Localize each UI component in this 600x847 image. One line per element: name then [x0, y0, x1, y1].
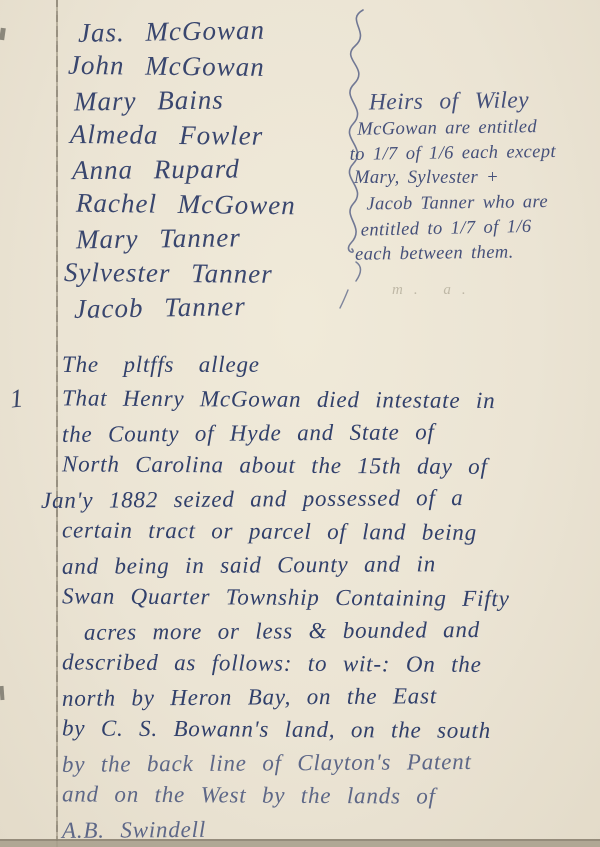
body-text: The pltffs allege That Henry McGowan die… [62, 348, 594, 845]
body-line: Swan Quarter Township Containing Fifty [62, 579, 594, 615]
body-heading: The pltffs allege [62, 348, 594, 381]
body-line: That Henry McGowan died intestate in [62, 381, 594, 417]
note-line: Heirs of Wiley [355, 84, 597, 117]
heir-name: Almeda Fowler [70, 117, 296, 153]
body-line: north by Heron Bay, on the East [62, 678, 594, 715]
heir-name: Jas. McGowan [78, 12, 296, 50]
body-line: acres more or less & bounded and [84, 612, 594, 649]
note-line: McGowan are entitled [357, 114, 597, 142]
body-line: and being in said County and in [62, 546, 594, 583]
heirs-name-list: Jas. McGowan John McGowan Mary Bains Alm… [72, 14, 296, 325]
heir-name: Mary Bains [74, 81, 296, 119]
body-line: the County of Hyde and State of [62, 414, 594, 451]
heir-name: Mary Tanner [76, 220, 296, 257]
side-note: Heirs of Wiley McGowan are entitled to 1… [355, 84, 599, 267]
heir-name: Rachel McGowen [76, 185, 296, 222]
faint-pencil-marks: m. a. [392, 282, 477, 299]
body-line: and on the West by the lands of [62, 777, 594, 813]
note-line: each between them. [355, 239, 599, 267]
page-bottom-edge [0, 839, 600, 847]
body-line: North Carolina about the 15th day of [62, 447, 594, 483]
paper-edge-mark [0, 686, 4, 700]
heir-name: Sylvester Tanner [64, 254, 296, 291]
note-line: Mary, Sylvester + [354, 166, 598, 191]
body-line: Jan'y 1882 seized and possessed of a [41, 480, 594, 517]
body-line: described as follows: to wit-: On the [62, 645, 594, 681]
body-line: by the back line of Clayton's Patent [62, 744, 594, 781]
body-line: by C. S. Bowann's land, on the south [62, 711, 594, 747]
heir-name: Anna Rupard [72, 151, 296, 188]
paragraph-number: 1 [8, 383, 24, 414]
note-line: to 1/7 of 1/6 each except [350, 139, 598, 167]
heir-name: John McGowan [68, 47, 296, 84]
heir-name: Jacob Tanner [74, 288, 296, 326]
body-line: certain tract or parcel of land being [62, 513, 594, 549]
paper-edge-mark [0, 28, 6, 41]
margin-rule-line [56, 0, 58, 847]
document-page: Jas. McGowan John McGowan Mary Bains Alm… [0, 0, 600, 847]
